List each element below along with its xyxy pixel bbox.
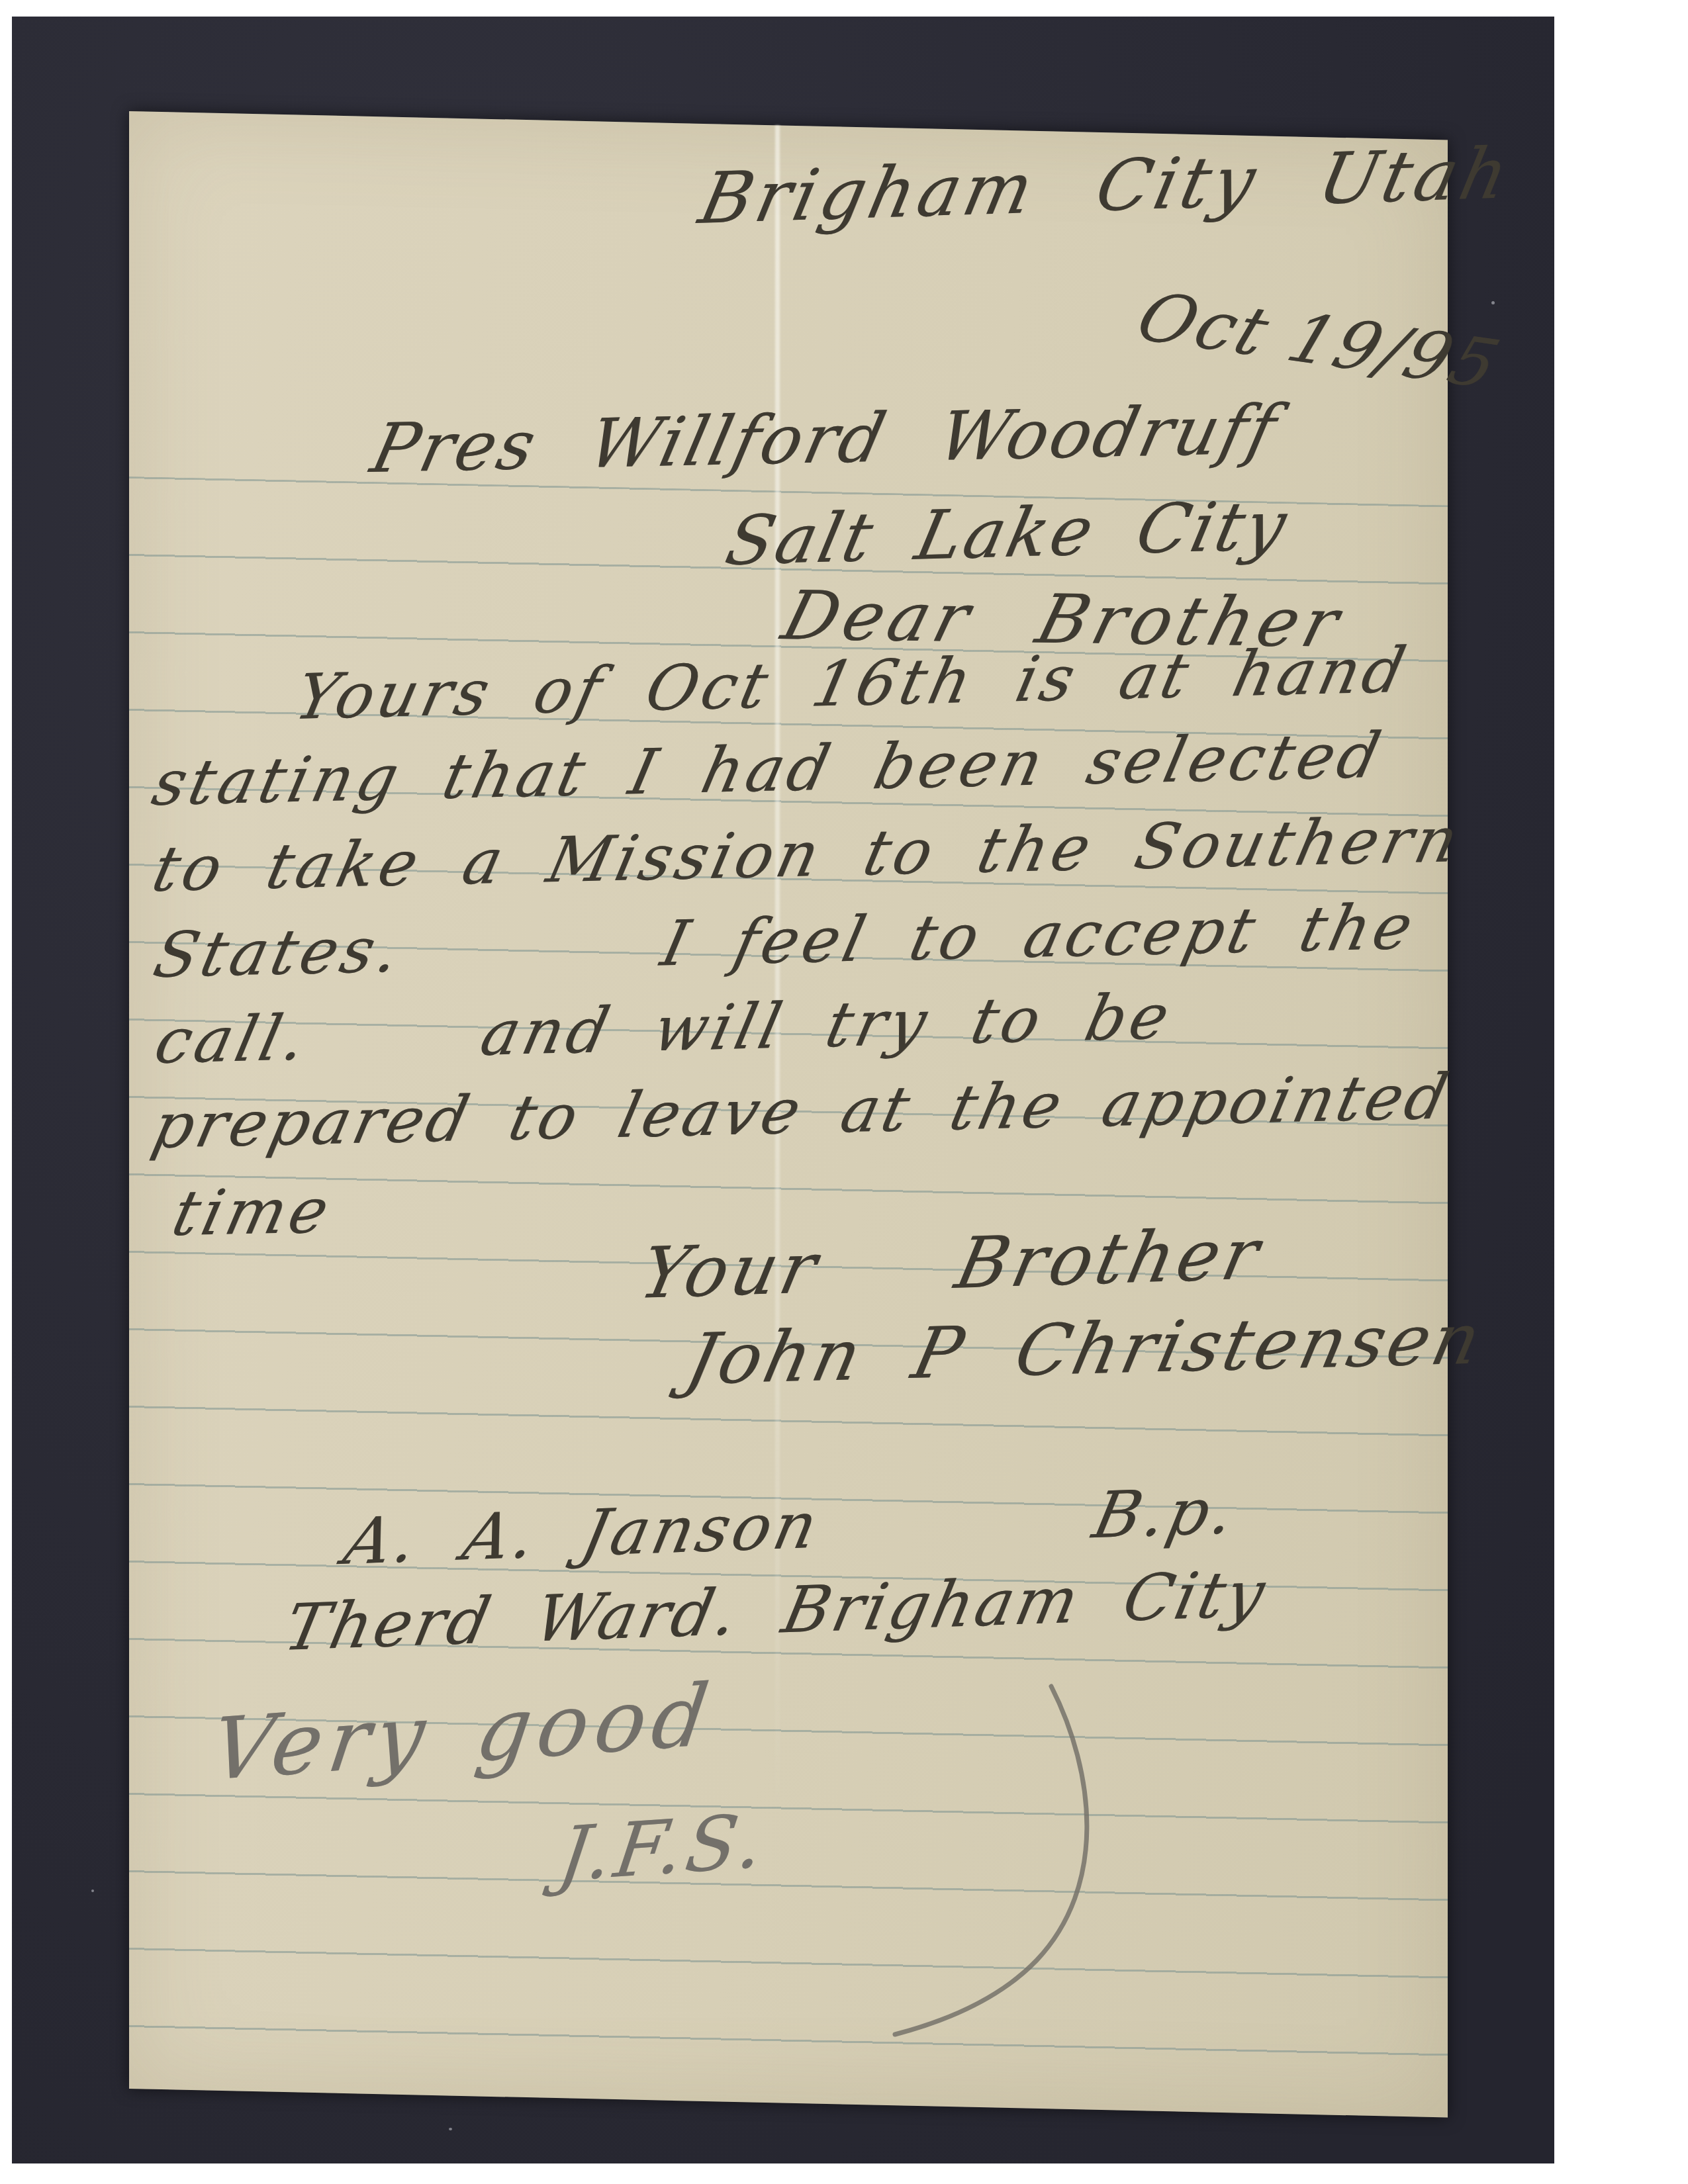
signature: John P Christensen (680, 1304, 1489, 1395)
closing-line: Your Brother (634, 1219, 1268, 1309)
recipient-name: Pres Willford Woodruff (365, 396, 1284, 483)
scan-page: Brigham City Utah Oct 19/95 Pres Willfor… (0, 0, 1688, 2184)
dust-fleck (449, 2128, 452, 2130)
dust-fleck (91, 1889, 94, 1892)
annotation-initials: J.F.S. (555, 1803, 771, 1893)
body-line: time (167, 1180, 338, 1246)
recipient-city: Salt Lake City (720, 492, 1294, 576)
dust-fleck (1491, 301, 1495, 304)
